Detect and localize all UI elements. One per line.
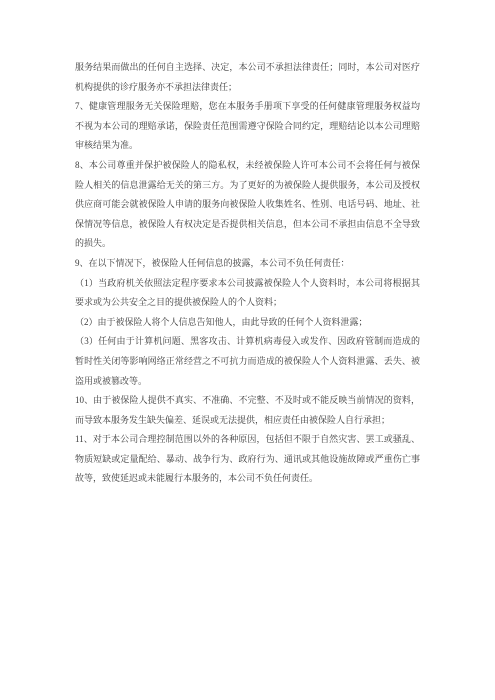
text-line: 不视为本公司的理赔承诺，保险责任范围需遵守保险合同约定，理赔结论以本公司理赔 [75, 117, 420, 137]
text-line: （3）任何由于计算机问题、黑客攻击、计算机病毒侵入或发作、因政府管制而造成的 [75, 332, 420, 352]
text-line: 9、在以下情况下，被保险人任何信息的披露，本公司不负任何责任： [75, 254, 420, 274]
text-line: 故等，致使延迟或未能履行本服务的，本公司不负任何责任。 [75, 469, 420, 489]
text-line: （1）当政府机关依照法定程序要求本公司披露被保险人个人资料时，本公司将根据其 [75, 274, 420, 294]
text-line: 而导致本服务发生缺失偏差、延误或无法提供，相应责任由被保险人自行承担； [75, 411, 420, 431]
text-line: 审核结果为准。 [75, 136, 420, 156]
text-line: 物质短缺或定量配给、暴动、战争行为、政府行为、通讯或其他设施故障或严重伤亡事 [75, 450, 420, 470]
text-line: 要求或为公共安全之目的提供被保险人的个人资料； [75, 293, 420, 313]
text-line: 10、由于被保险人提供不真实、不准确、不完整、不及时或不能反映当前情况的资料， [75, 391, 420, 411]
text-line: 机构提供的诊疗服务亦不承担法律责任； [75, 78, 420, 98]
text-line: （2）由于被保险人将个人信息告知他人，由此导致的任何个人资料泄露； [75, 313, 420, 333]
terms-text-block: 服务结果而做出的任何自主选择、决定，本公司不承担法律责任；同时，本公司对医疗 机… [75, 58, 420, 489]
text-line: 险人相关的信息泄露给无关的第三方。为了更好的为被保险人提供服务，本公司及授权 [75, 176, 420, 196]
text-line: 保情况等信息，被保险人有权决定是否提供相关信息，但本公司不承担由信息不全导致 [75, 215, 420, 235]
text-line: 8、本公司尊重并保护被保险人的隐私权，未经被保险人许可本公司不会将任何与被保 [75, 156, 420, 176]
text-line: 服务结果而做出的任何自主选择、决定，本公司不承担法律责任；同时，本公司对医疗 [75, 58, 420, 78]
text-line: 的损失。 [75, 234, 420, 254]
text-line: 盗用或被篡改等。 [75, 372, 420, 392]
text-line: 供应商可能会就被保险人申请的服务向被保险人收集姓名、性别、电话号码、地址、社 [75, 195, 420, 215]
document-page: 服务结果而做出的任何自主选择、决定，本公司不承担法律责任；同时，本公司对医疗 机… [0, 0, 495, 700]
text-line: 7、健康管理服务无关保险理赔，您在本服务手册项下享受的任何健康管理服务权益均 [75, 97, 420, 117]
text-line: 暂时性关闭等影响网络正常经营之不可抗力而造成的被保险人个人资料泄露、丢失、被 [75, 352, 420, 372]
text-line: 11、对于本公司合理控制范围以外的各种原因，包括但不限于自然灾害、罢工或骚乱、 [75, 430, 420, 450]
